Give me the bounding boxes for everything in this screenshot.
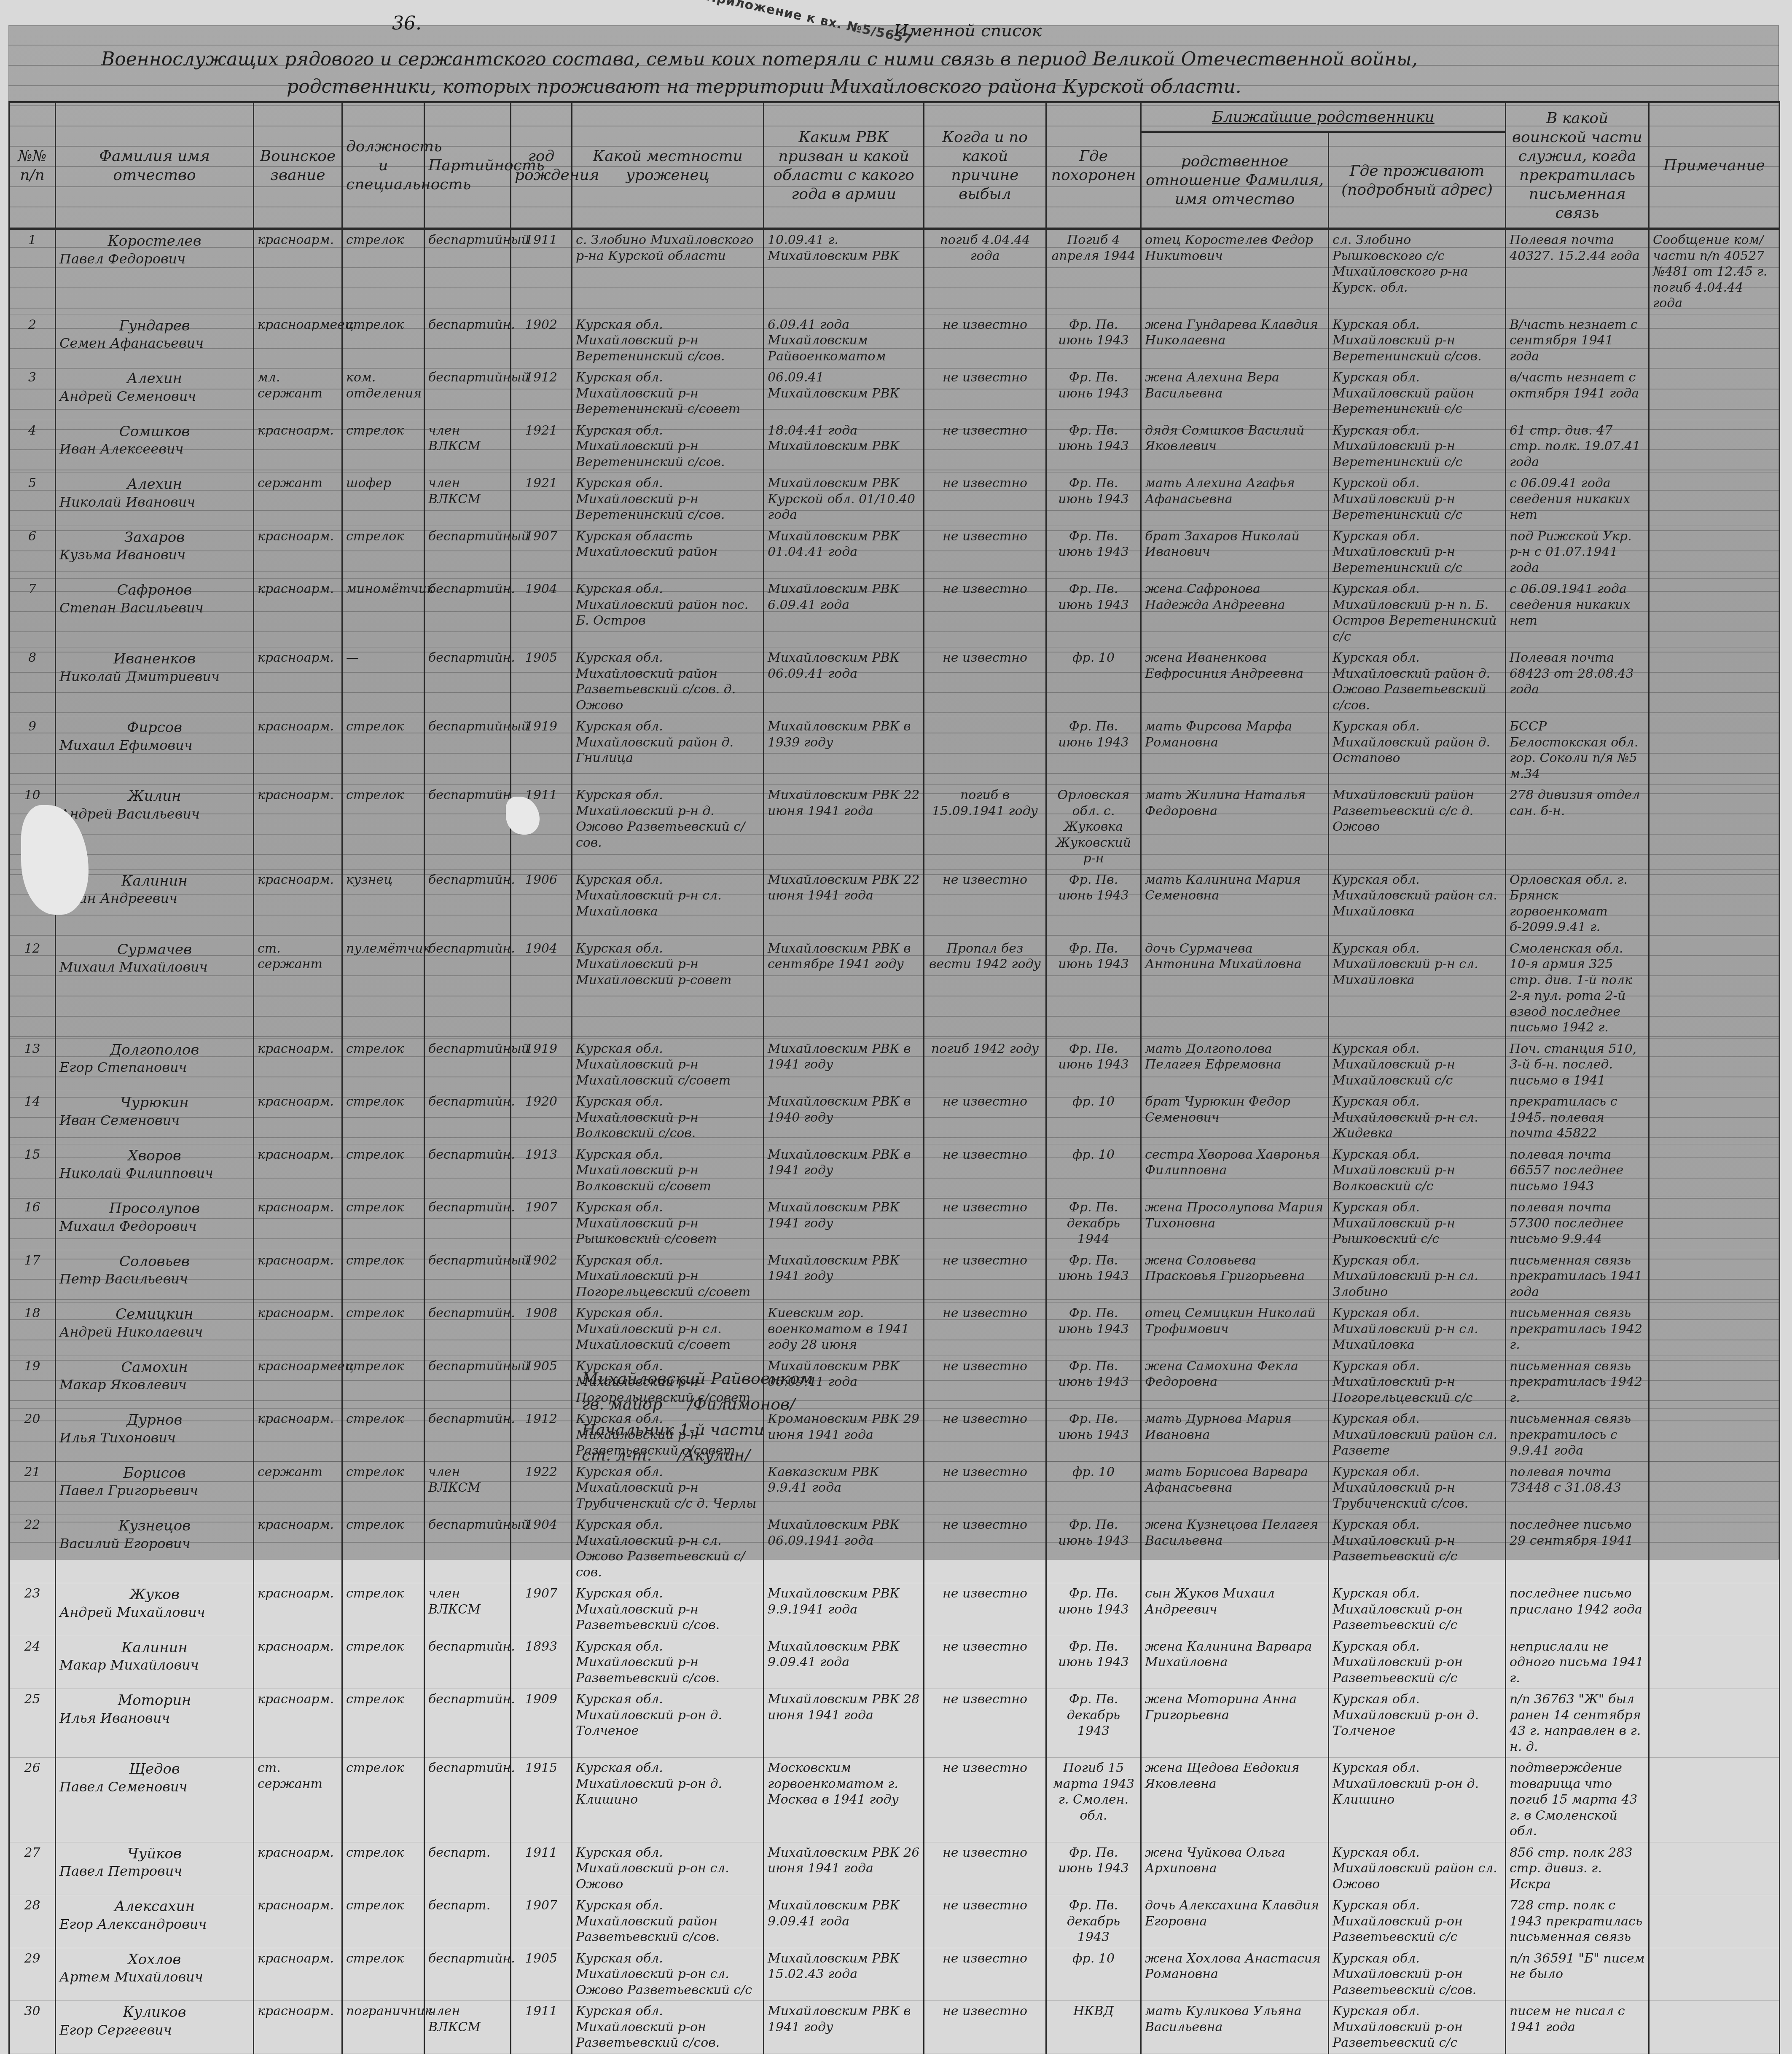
cell-drafted: Михайловским РВК в 1941 году bbox=[764, 1038, 924, 1091]
cell-address: сл. Злобино Рышковского с/с Михайловског… bbox=[1329, 229, 1506, 314]
cell-name: ФирсовМихаил Ефимович bbox=[56, 716, 254, 785]
document-heading-line-1: Военнослужащих рядового и сержантского с… bbox=[101, 48, 1418, 70]
table-row: 12СурмачевМихаил Михайловичст. сержантпу… bbox=[9, 938, 1780, 1038]
column-header-name: Фамилия имя отчество bbox=[56, 102, 254, 229]
cell-buried: Фр. Пв. июнь 1943 bbox=[1046, 1250, 1141, 1303]
cell-fate: не известно bbox=[924, 526, 1046, 579]
table-row: 20ДурновИлья Тихоновичкрасноарм.стрелокб… bbox=[9, 1409, 1780, 1462]
cell-party: беспартийный bbox=[424, 1250, 511, 1303]
surname: Сурмачев bbox=[59, 941, 250, 959]
given-names: Кузьма Иванович bbox=[59, 546, 250, 563]
column-header-birthplace: Какой местности уроженец bbox=[572, 102, 764, 229]
given-names: Михаил Федорович bbox=[59, 1218, 250, 1235]
cell-relative: сестра Хворова Хавронья Филипповна bbox=[1141, 1144, 1329, 1197]
table-row: 18СемицкинАндрей Николаевичкрасноарм.стр… bbox=[9, 1303, 1780, 1356]
cell-position: стрелок bbox=[342, 1144, 424, 1197]
cell-rank: сержант bbox=[254, 473, 342, 526]
signature-name-1: /Филимонов/ bbox=[688, 1391, 795, 1417]
cell-year: 1905 bbox=[511, 647, 572, 716]
cell-name: СурмачевМихаил Михайлович bbox=[56, 938, 254, 1038]
given-names: Василий Егорович bbox=[59, 1535, 250, 1552]
cell-num: 8 bbox=[9, 647, 56, 716]
cell-unit: полевая почта 66557 последнее письмо 194… bbox=[1506, 1144, 1649, 1197]
cell-birthplace: Курская обл. Михайловский р-н Волковский… bbox=[572, 1144, 764, 1197]
surname: Гундарев bbox=[59, 317, 250, 335]
cell-year: 1908 bbox=[511, 1303, 572, 1356]
cell-fate: не известно bbox=[924, 314, 1046, 367]
cell-fate: не известно bbox=[924, 1250, 1046, 1303]
cell-drafted: Михайловским РВК в 1939 году bbox=[764, 716, 924, 785]
cell-name: СамохинМакар Яковлевич bbox=[56, 1356, 254, 1409]
cell-name: ПросолуповМихаил Федорович bbox=[56, 1197, 254, 1250]
cell-address: Курская обл. Михайловский р-н Рышковский… bbox=[1329, 1197, 1506, 1250]
cell-year: 1912 bbox=[511, 1409, 572, 1462]
cell-year: 1902 bbox=[511, 314, 572, 367]
cell-name: КузнецовВасилий Егорович bbox=[56, 1514, 254, 1583]
cell-drafted: 06.09.41 Михайловским РВК bbox=[764, 367, 924, 420]
cell-relative: дядя Сомшков Василий Яковлевич bbox=[1141, 420, 1329, 473]
cell-address: Курская обл. Михайловский район д. Остап… bbox=[1329, 716, 1506, 785]
cell-birthplace: Курская обл. Михайловский р-н Погорельце… bbox=[572, 1250, 764, 1303]
cell-year: 1906 bbox=[511, 869, 572, 938]
cell-unit: письменная связь прекратилось с 9.9.41 г… bbox=[1506, 1409, 1649, 1462]
cell-unit: письменная связь прекратилась 1941 года bbox=[1506, 1250, 1649, 1303]
header-row: №№ п/п Фамилия имя отчество Воинское зва… bbox=[9, 102, 1780, 132]
cell-rank: красноарм. bbox=[254, 1091, 342, 1144]
cell-drafted: Михайловским РВК 6.09.41 года bbox=[764, 579, 924, 647]
cell-birthplace: Курская обл. Михайловский р-н Веретенинс… bbox=[572, 367, 764, 420]
cell-birthplace: Курская область Михайловский район bbox=[572, 526, 764, 579]
cell-position: стрелок bbox=[342, 1303, 424, 1356]
cell-address: Курская обл. Михайловский район сл. Разв… bbox=[1329, 1409, 1506, 1462]
cell-buried: Фр. Пв. июнь 1943 bbox=[1046, 869, 1141, 938]
document-heading-line-2: родственники, которых проживают на терри… bbox=[287, 76, 1241, 97]
cell-fate: не известно bbox=[924, 1514, 1046, 1583]
cell-num: 2 bbox=[9, 314, 56, 367]
cell-party: беспартийн. bbox=[424, 1197, 511, 1250]
table-row: 1КоростелевПавел Федоровичкрасноарм.стре… bbox=[9, 229, 1780, 314]
cell-drafted: Михайловским РВК 06.09.41 года bbox=[764, 647, 924, 716]
given-names: Иван Алексеевич bbox=[59, 440, 250, 457]
column-header-address: Где проживают (подробный адрес) bbox=[1329, 132, 1506, 229]
cell-address: Курская обл. Михайловский р-н сл. Злобин… bbox=[1329, 1250, 1506, 1303]
column-header-relative: родственное отношение Фамилия, имя отчес… bbox=[1141, 132, 1329, 229]
cell-address: Курская обл. Михайловский р-н Веретенинс… bbox=[1329, 420, 1506, 473]
cell-name: БорисовПавел Григорьевич bbox=[56, 1461, 254, 1514]
cell-drafted: Михайловским РВК в сентябре 1941 году bbox=[764, 938, 924, 1038]
cell-buried: Фр. Пв. июнь 1943 bbox=[1046, 938, 1141, 1038]
column-header-rank: Воинское звание bbox=[254, 102, 342, 229]
cell-name: АлехинНиколай Иванович bbox=[56, 473, 254, 526]
cell-relative: жена Просолупова Мария Тихоновна bbox=[1141, 1197, 1329, 1250]
cell-party: беспартийн. bbox=[424, 1409, 511, 1462]
cell-num: 4 bbox=[9, 420, 56, 473]
cell-birthplace: Курская обл. Михайловский р-н Веретенинс… bbox=[572, 473, 764, 526]
cell-address: Курская обл. Михайловский р-н сл. Михайл… bbox=[1329, 1303, 1506, 1356]
document-title: Именной список bbox=[894, 21, 1042, 40]
surname: Чурюкин bbox=[59, 1094, 250, 1112]
surname: Алехин bbox=[59, 370, 250, 388]
surname: Алехин bbox=[59, 475, 250, 494]
cell-year: 1907 bbox=[511, 1197, 572, 1250]
cell-buried: Фр. Пв. июнь 1943 bbox=[1046, 367, 1141, 420]
cell-position: стрелок bbox=[342, 1356, 424, 1409]
cell-drafted: Михайловским РВК 01.04.41 года bbox=[764, 526, 924, 579]
cell-position: пулемётчик bbox=[342, 938, 424, 1038]
cell-name: СоловьевПетр Васильевич bbox=[56, 1250, 254, 1303]
signature-rank-2: ст. л-т. bbox=[582, 1442, 652, 1468]
cell-drafted: 10.09.41 г. Михайловским РВК bbox=[764, 229, 924, 314]
cell-num: 12 bbox=[9, 938, 56, 1038]
cell-buried: фр. 10 bbox=[1046, 1091, 1141, 1144]
table-row: 6ЗахаровКузьма Ивановичкрасноарм.стрелок… bbox=[9, 526, 1780, 579]
cell-relative: брат Чурюкин Федор Семенович bbox=[1141, 1091, 1329, 1144]
cell-notes bbox=[1649, 367, 1780, 420]
cell-birthplace: Курская обл. Михайловский р-н д. Ожово Р… bbox=[572, 785, 764, 870]
cell-notes bbox=[1649, 473, 1780, 526]
cell-position: стрелок bbox=[342, 526, 424, 579]
cell-drafted: Михайловским РВК в 1941 году bbox=[764, 1144, 924, 1197]
cell-notes bbox=[1649, 1144, 1780, 1197]
cell-fate: погиб 4.04.44 года bbox=[924, 229, 1046, 314]
cell-buried: Фр. Пв. июнь 1943 bbox=[1046, 420, 1141, 473]
cell-buried: фр. 10 bbox=[1046, 647, 1141, 716]
cell-name: ЗахаровКузьма Иванович bbox=[56, 526, 254, 579]
cell-year: 1904 bbox=[511, 938, 572, 1038]
cell-num: 6 bbox=[9, 526, 56, 579]
cell-num: 17 bbox=[9, 1250, 56, 1303]
cell-party: беспартийный bbox=[424, 1514, 511, 1583]
cell-position: шофер bbox=[342, 473, 424, 526]
cell-relative: мать Алехина Агафья Афанасьевна bbox=[1141, 473, 1329, 526]
cell-name: ЧурюкинИван Семенович bbox=[56, 1091, 254, 1144]
cell-year: 1921 bbox=[511, 473, 572, 526]
cell-address: Курская обл. Михайловский р-н Волковский… bbox=[1329, 1144, 1506, 1197]
cell-birthplace: Курская обл. Михайловский район д. Гнили… bbox=[572, 716, 764, 785]
cell-party: беспартийн. bbox=[424, 1144, 511, 1197]
given-names: Николай Филиппович bbox=[59, 1165, 250, 1181]
table-row: 5АлехинНиколай Ивановичсержантшоферчлен … bbox=[9, 473, 1780, 526]
cell-relative: отец Семицкин Николай Трофимович bbox=[1141, 1303, 1329, 1356]
cell-address: Курская обл. Михайловский р-н п. Б. Остр… bbox=[1329, 579, 1506, 647]
signature-office: Михайловский Райвоенком bbox=[582, 1366, 813, 1391]
cell-rank: красноарм. bbox=[254, 869, 342, 938]
cell-fate bbox=[924, 716, 1046, 785]
cell-rank: красноарм. bbox=[254, 229, 342, 314]
cell-party: член ВЛКСМ bbox=[424, 420, 511, 473]
table-row: 21БорисовПавел Григорьевичсержантстрелок… bbox=[9, 1461, 1780, 1514]
cell-notes bbox=[1649, 420, 1780, 473]
cell-notes bbox=[1649, 526, 1780, 579]
cell-notes bbox=[1649, 785, 1780, 870]
cell-notes bbox=[1649, 1197, 1780, 1250]
cell-party: беспартийный bbox=[424, 367, 511, 420]
cell-notes bbox=[1649, 314, 1780, 367]
table-row: 10ЖилинАндрей Васильевичкрасноарм.стрело… bbox=[9, 785, 1780, 870]
table-row: 9ФирсовМихаил Ефимовичкрасноарм.стрелокб… bbox=[9, 716, 1780, 785]
cell-fate: не известно bbox=[924, 1356, 1046, 1409]
cell-unit: полевая почта 57300 последнее письмо 9.9… bbox=[1506, 1197, 1649, 1250]
cell-buried: фр. 10 bbox=[1046, 1144, 1141, 1197]
cell-position: миномётчик bbox=[342, 579, 424, 647]
cell-name: ДолгополовЕгор Степанович bbox=[56, 1038, 254, 1091]
column-header-notes: Примечание bbox=[1649, 102, 1780, 229]
cell-birthplace: Курская обл. Михайловский р-н сл. Михайл… bbox=[572, 1303, 764, 1356]
cell-position: стрелок bbox=[342, 420, 424, 473]
cell-unit: 61 стр. див. 47 стр. полк. 19.07.41 года bbox=[1506, 420, 1649, 473]
cell-fate: Пропал без вести 1942 году bbox=[924, 938, 1046, 1038]
cell-unit: с 06.09.1941 года сведения никаких нет bbox=[1506, 579, 1649, 647]
surname: Просолупов bbox=[59, 1200, 250, 1218]
cell-relative: жена Алехина Вера Васильевна bbox=[1141, 367, 1329, 420]
cell-drafted: Михайловским РВК Курской обл. 01/10.40 г… bbox=[764, 473, 924, 526]
cell-fate: не известно bbox=[924, 473, 1046, 526]
cell-fate: не известно bbox=[924, 1461, 1046, 1514]
cell-party: член ВЛКСМ bbox=[424, 1461, 511, 1514]
cell-unit: Смоленская обл. 10-я армия 325 стр. див.… bbox=[1506, 938, 1649, 1038]
given-names: Иван Семенович bbox=[59, 1112, 250, 1129]
cell-relative: жена Иваненкова Евфросиния Андреевна bbox=[1141, 647, 1329, 716]
cell-address: Курская обл. Михайловский р-н Веретенинс… bbox=[1329, 314, 1506, 367]
cell-position: стрелок bbox=[342, 1514, 424, 1583]
cell-birthplace: Курская обл. Михайловский р-н Трубиченск… bbox=[572, 1461, 764, 1514]
cell-notes bbox=[1649, 938, 1780, 1038]
column-header-drafted: Каким РВК призван и какой области с како… bbox=[764, 102, 924, 229]
cell-notes bbox=[1649, 1038, 1780, 1091]
cell-unit: Полевая почта 68423 от 28.08.43 года bbox=[1506, 647, 1649, 716]
signature-title-2: Начальник 1-й части bbox=[582, 1417, 813, 1443]
cell-year: 1913 bbox=[511, 1144, 572, 1197]
cell-name: СемицкинАндрей Николаевич bbox=[56, 1303, 254, 1356]
cell-notes bbox=[1649, 647, 1780, 716]
cell-fate: не известно bbox=[924, 869, 1046, 938]
cell-buried: Фр. Пв. июнь 1943 bbox=[1046, 1303, 1141, 1356]
signature-rank-1: гв. майор bbox=[582, 1391, 662, 1417]
cell-birthplace: Курская обл. Михайловский район пос. Б. … bbox=[572, 579, 764, 647]
cell-party: беспартийный bbox=[424, 1038, 511, 1091]
cell-fate: не известно bbox=[924, 647, 1046, 716]
cell-address: Курской обл. Михайловский р-н Веретенинс… bbox=[1329, 473, 1506, 526]
cell-notes bbox=[1649, 869, 1780, 938]
cell-num: 19 bbox=[9, 1356, 56, 1409]
given-names: Макар Яковлевич bbox=[59, 1376, 250, 1393]
cell-relative: жена Сафронова Надежда Андреевна bbox=[1141, 579, 1329, 647]
cell-fate: не известно bbox=[924, 579, 1046, 647]
cell-fate: не известно bbox=[924, 1144, 1046, 1197]
cell-buried: Фр. Пв. июнь 1943 bbox=[1046, 579, 1141, 647]
cell-buried: Фр. Пв. июнь 1943 bbox=[1046, 314, 1141, 367]
cell-name: СафроновСтепан Васильевич bbox=[56, 579, 254, 647]
cell-num: 15 bbox=[9, 1144, 56, 1197]
cell-rank: красноарм. bbox=[254, 1409, 342, 1462]
cell-rank: красноарм. bbox=[254, 1038, 342, 1091]
surname: Борисов bbox=[59, 1464, 250, 1482]
cell-position: кузнец bbox=[342, 869, 424, 938]
cell-unit: БССР Белостокская обл. гор. Соколи п/я №… bbox=[1506, 716, 1649, 785]
cell-relative: жена Кузнецова Пелагея Васильевна bbox=[1141, 1514, 1329, 1583]
cell-position: стрелок bbox=[342, 229, 424, 314]
surname: Жилин bbox=[59, 787, 250, 805]
cell-rank: красноарм. bbox=[254, 785, 342, 870]
cell-position: стрелок bbox=[342, 1197, 424, 1250]
cell-position: стрелок bbox=[342, 1461, 424, 1514]
surname: Иваненков bbox=[59, 650, 250, 668]
cell-birthplace: Курская обл. Михайловский район Разветье… bbox=[572, 647, 764, 716]
cell-notes bbox=[1649, 1514, 1780, 1583]
cell-fate: не известно bbox=[924, 1197, 1046, 1250]
cell-unit: прекратилась с 1945. полевая почта 45822 bbox=[1506, 1091, 1649, 1144]
cell-rank: красноарм. bbox=[254, 420, 342, 473]
cell-party: беспартийн. bbox=[424, 869, 511, 938]
cell-rank: мл. сержант bbox=[254, 367, 342, 420]
cell-party: беспартийн. bbox=[424, 579, 511, 647]
cell-unit: Полевая почта 40327. 15.2.44 года bbox=[1506, 229, 1649, 314]
cell-num: 16 bbox=[9, 1197, 56, 1250]
cell-position: стрелок bbox=[342, 785, 424, 870]
cell-drafted: 18.04.41 года Михайловским РВК bbox=[764, 420, 924, 473]
table-row: 15ХворовНиколай Филипповичкрасноарм.стре… bbox=[9, 1144, 1780, 1197]
cell-name: ДурновИлья Тихонович bbox=[56, 1409, 254, 1462]
cell-party: беспартийный bbox=[424, 526, 511, 579]
cell-address: Курская обл. Михайловский р-н Трубиченск… bbox=[1329, 1461, 1506, 1514]
cell-rank: красноарм. bbox=[254, 526, 342, 579]
surname: Кузнецов bbox=[59, 1517, 250, 1535]
cell-position: стрелок bbox=[342, 1250, 424, 1303]
cell-buried: Орловская обл. с. Жуковка Жуковский р-н bbox=[1046, 785, 1141, 870]
table-row: 16ПросолуповМихаил Федоровичкрасноарм.ст… bbox=[9, 1197, 1780, 1250]
cell-address: Михайловский район Разветьевский с/с д. … bbox=[1329, 785, 1506, 870]
cell-birthplace: Курская обл. Михайловский р-н Михайловск… bbox=[572, 938, 764, 1038]
cell-unit: письменная связь прекратилась 1942 г. bbox=[1506, 1303, 1649, 1356]
cell-position: стрелок bbox=[342, 1091, 424, 1144]
cell-rank: красноарм. bbox=[254, 579, 342, 647]
surname: Сомшков bbox=[59, 423, 250, 441]
column-header-year: год рождения bbox=[511, 102, 572, 229]
cell-buried: Погиб 4 апреля 1944 bbox=[1046, 229, 1141, 314]
cell-drafted: 6.09.41 года Михайловским Райвоенкоматом bbox=[764, 314, 924, 367]
column-header-num: №№ п/п bbox=[9, 102, 56, 229]
cell-unit: последнее письмо 29 сентября 1941 bbox=[1506, 1514, 1649, 1583]
cell-relative: мать Калинина Мария Семеновна bbox=[1141, 869, 1329, 938]
page-number: 36. bbox=[392, 13, 422, 34]
cell-notes bbox=[1649, 579, 1780, 647]
given-names: Семен Афанасьевич bbox=[59, 335, 250, 352]
signature-block: Михайловский Райвоенком гв. майор /Филим… bbox=[582, 1366, 813, 1468]
document-sheet: 36. Приложение к вх. №5/5657 Именной спи… bbox=[8, 25, 1779, 1560]
cell-fate: не известно bbox=[924, 1303, 1046, 1356]
cell-relative: мать Борисова Варвара Афанасьевна bbox=[1141, 1461, 1329, 1514]
table-row: 22КузнецовВасилий Егоровичкрасноарм.стре… bbox=[9, 1514, 1780, 1583]
cell-num: 13 bbox=[9, 1038, 56, 1091]
given-names: Павел Федорович bbox=[59, 250, 250, 267]
cell-num: 7 bbox=[9, 579, 56, 647]
cell-notes bbox=[1649, 1091, 1780, 1144]
given-names: Павел Григорьевич bbox=[59, 1482, 250, 1499]
cell-fate: погиб в 15.09.1941 году bbox=[924, 785, 1046, 870]
given-names: Андрей Николаевич bbox=[59, 1324, 250, 1340]
cell-relative: дочь Сурмачева Антонина Михайловна bbox=[1141, 938, 1329, 1038]
cell-party: беспартийный bbox=[424, 716, 511, 785]
cell-birthplace: с. Злобино Михайловского р-на Курской об… bbox=[572, 229, 764, 314]
cell-notes bbox=[1649, 1303, 1780, 1356]
given-names: Егор Степанович bbox=[59, 1059, 250, 1076]
cell-fate: погиб 1942 году bbox=[924, 1038, 1046, 1091]
cell-name: ГундаревСемен Афанасьевич bbox=[56, 314, 254, 367]
cell-relative: мать Фирсова Марфа Романовна bbox=[1141, 716, 1329, 785]
table-row: 2ГундаревСемен Афанасьевичкрасноармеецст… bbox=[9, 314, 1780, 367]
surname: Захаров bbox=[59, 529, 250, 547]
cell-relative: жена Самохина Фекла Федоровна bbox=[1141, 1356, 1329, 1409]
surname: Фирсов bbox=[59, 719, 250, 737]
cell-num: 20 bbox=[9, 1409, 56, 1462]
cell-year: 1904 bbox=[511, 579, 572, 647]
cell-drafted: Михайловским РВК в 1940 году bbox=[764, 1091, 924, 1144]
column-header-unit: В какой воинской части служил, когда пре… bbox=[1506, 102, 1649, 229]
cell-address: Курская обл. Михайловский р-н Разветьевс… bbox=[1329, 1514, 1506, 1583]
given-names: Андрей Семенович bbox=[59, 388, 250, 405]
cell-rank: красноармеец bbox=[254, 314, 342, 367]
column-header-fate: Когда и по какой причине выбыл bbox=[924, 102, 1046, 229]
given-names: Николай Иванович bbox=[59, 494, 250, 510]
cell-relative: отец Коростелев Федор Никитович bbox=[1141, 229, 1329, 314]
cell-relative: брат Захаров Николай Иванович bbox=[1141, 526, 1329, 579]
cell-num: 18 bbox=[9, 1303, 56, 1356]
cell-name: АлехинАндрей Семенович bbox=[56, 367, 254, 420]
given-names: Михаил Михайлович bbox=[59, 959, 250, 975]
given-names: Николай Дмитриевич bbox=[59, 668, 250, 685]
cell-drafted: Киевским гор. военкоматом в 1941 году 28… bbox=[764, 1303, 924, 1356]
cell-position: стрелок bbox=[342, 716, 424, 785]
cell-party: член ВЛКСМ bbox=[424, 473, 511, 526]
cell-party: беспартийный bbox=[424, 1356, 511, 1409]
column-header-party: Партийность bbox=[424, 102, 511, 229]
cell-party: беспартийн. bbox=[424, 647, 511, 716]
surname: Самохин bbox=[59, 1359, 250, 1377]
cell-buried: фр. 10 bbox=[1046, 1461, 1141, 1514]
table-row: 3АлехинАндрей Семеновичмл. сержантком. о… bbox=[9, 367, 1780, 420]
cell-address: Курская обл. Михайловский р-н сл. Жидевк… bbox=[1329, 1091, 1506, 1144]
cell-buried: Фр. Пв. июнь 1943 bbox=[1046, 1514, 1141, 1583]
cell-rank: красноарм. bbox=[254, 1197, 342, 1250]
cell-unit: под Рижской Укр. р-н с 01.07.1941 года bbox=[1506, 526, 1649, 579]
cell-position: ком. отделения bbox=[342, 367, 424, 420]
cell-year: 1921 bbox=[511, 420, 572, 473]
cell-buried: Фр. Пв. июнь 1943 bbox=[1046, 473, 1141, 526]
cell-drafted: Кавказским РВК 9.9.41 года bbox=[764, 1461, 924, 1514]
cell-relative: жена Гундарева Клавдия Николаевна bbox=[1141, 314, 1329, 367]
column-header-buried: Где похоронен bbox=[1046, 102, 1141, 229]
cell-buried: Фр. Пв. июнь 1943 bbox=[1046, 1356, 1141, 1409]
cell-num: 21 bbox=[9, 1461, 56, 1514]
cell-birthplace: Курская обл. Михайловский р-н Веретенинс… bbox=[572, 420, 764, 473]
table-row: 7СафроновСтепан Васильевичкрасноарм.мино… bbox=[9, 579, 1780, 647]
cell-num: 3 bbox=[9, 367, 56, 420]
cell-unit: 278 дивизия отдел сан. б-н. bbox=[1506, 785, 1649, 870]
cell-party: беспартийн. bbox=[424, 314, 511, 367]
personnel-register-table: №№ п/п Фамилия имя отчество Воинское зва… bbox=[8, 101, 1780, 1583]
cell-buried: Фр. Пв. декабрь 1944 bbox=[1046, 1197, 1141, 1250]
cell-position: стрелок bbox=[342, 1038, 424, 1091]
cell-name: СомшковИван Алексеевич bbox=[56, 420, 254, 473]
table-row: 19СамохинМакар Яковлевичкрасноармеецстре… bbox=[9, 1356, 1780, 1409]
column-header-position: должность и специальность bbox=[342, 102, 424, 229]
cell-unit: Орловская обл. г. Брянск горвоенкомат б-… bbox=[1506, 869, 1649, 938]
cell-birthplace: Курская обл. Михайловский р-н Михайловск… bbox=[572, 1038, 764, 1091]
cell-position: стрелок bbox=[342, 314, 424, 367]
cell-drafted: Михайловским РВК 22 июня 1941 года bbox=[764, 785, 924, 870]
cell-address: Курская обл. Михайловский р-н Погорельце… bbox=[1329, 1356, 1506, 1409]
surname: Дурнов bbox=[59, 1411, 250, 1429]
